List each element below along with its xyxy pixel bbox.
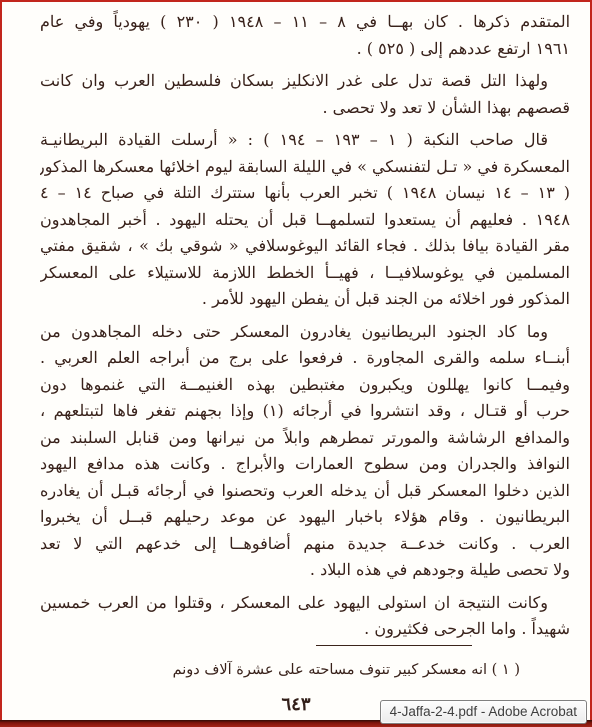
text-line: أبنــاء سلمه والقرى المجاورة . فرفعوا عل… [40,345,570,372]
text-line: قال صاحب النكبة ( ١ – ١٩٣ – ١٩٤ ) : « أر… [40,127,570,154]
text-line: المذكور فور اخلائه من الجند قبل أن يفطن … [40,286,570,313]
text-line: ١٩٤٨ . فعليهم أن يستعدوا لتسلمهــا قبل أ… [40,207,570,234]
footnote-text: ( ١ ) انه معسكر كبير تنوف مساحته على عشر… [62,658,520,682]
page-body-text: المتقدم ذكرها . كان بهــا في ٨ – ١١ – ١٩… [40,9,570,649]
paragraph: المتقدم ذكرها . كان بهــا في ٨ – ١١ – ١٩… [40,9,570,62]
text-line: ( ١٣ – ١٤ نيسان ١٩٤٨ ) تخبر العرب بأنها … [40,180,570,207]
text-line: المتقدم ذكرها . كان بهــا في ٨ – ١١ – ١٩… [40,9,570,36]
text-line: ولهذا التل قصة تدل على غدر الانكليز بسكا… [40,68,570,95]
text-line: وما كاد الجنود البريطانيون يغادرون المعس… [40,319,570,346]
paragraph: وما كاد الجنود البريطانيون يغادرون المعس… [40,319,570,584]
text-line: الذين دخلوا المعسكر قبل أن يدخله العرب و… [40,478,570,505]
text-line: حرب أو قتـال ، وقد انتشروا في أرجائه (١)… [40,398,570,425]
scanned-page-frame: المتقدم ذكرها . كان بهــا في ٨ – ١١ – ١٩… [0,0,592,727]
text-line: ١٩٦١ ارتفع عددهم إلى ( ٥٢٥ ) . [40,36,570,63]
text-line: العرب . وكانت خدعــة جديدة منهم أضافوهــ… [40,531,570,558]
paragraph: ولهذا التل قصة تدل على غدر الانكليز بسكا… [40,68,570,121]
text-line: وكانت النتيجة ان استولى اليهود على المعس… [40,590,570,617]
text-line: النوافذ والجدران ومن سطوح العمارات والأب… [40,451,570,478]
paragraph: وكانت النتيجة ان استولى اليهود على المعس… [40,590,570,643]
text-line: قصصهم بهذا الشأن لا تعد ولا تحصى . [40,95,570,122]
text-line: البريطانيون . وقام هؤلاء باخبار اليهود ع… [40,504,570,531]
acrobat-window-title-tooltip: 4-Jaffa-2-4.pdf - Adobe Acrobat [380,700,587,724]
text-line: مقر القيادة بيافا بذلك . فجاء القائد الي… [40,233,570,260]
footnote-separator [316,645,472,646]
text-line: ولا تحصى طيلة وجودهم في هذه البلاد . [40,557,570,584]
text-line: شهيداً . واما الجرحى فكثيرون . [40,616,570,643]
text-line: والمدافع الرشاشة والمورتر تمطرهم وابلاً … [40,425,570,452]
text-line: وفيمــا كانوا يهللون ويكبرون مغتبطين بهذ… [40,372,570,399]
paragraph: قال صاحب النكبة ( ١ – ١٩٣ – ١٩٤ ) : « أر… [40,127,570,313]
text-line: المسلمين في يوغوسلافيــا ، فهيــأ الخطط … [40,260,570,287]
text-line: المعسكرة في « تـل لتفنسكي » في الليلة ال… [40,154,570,181]
